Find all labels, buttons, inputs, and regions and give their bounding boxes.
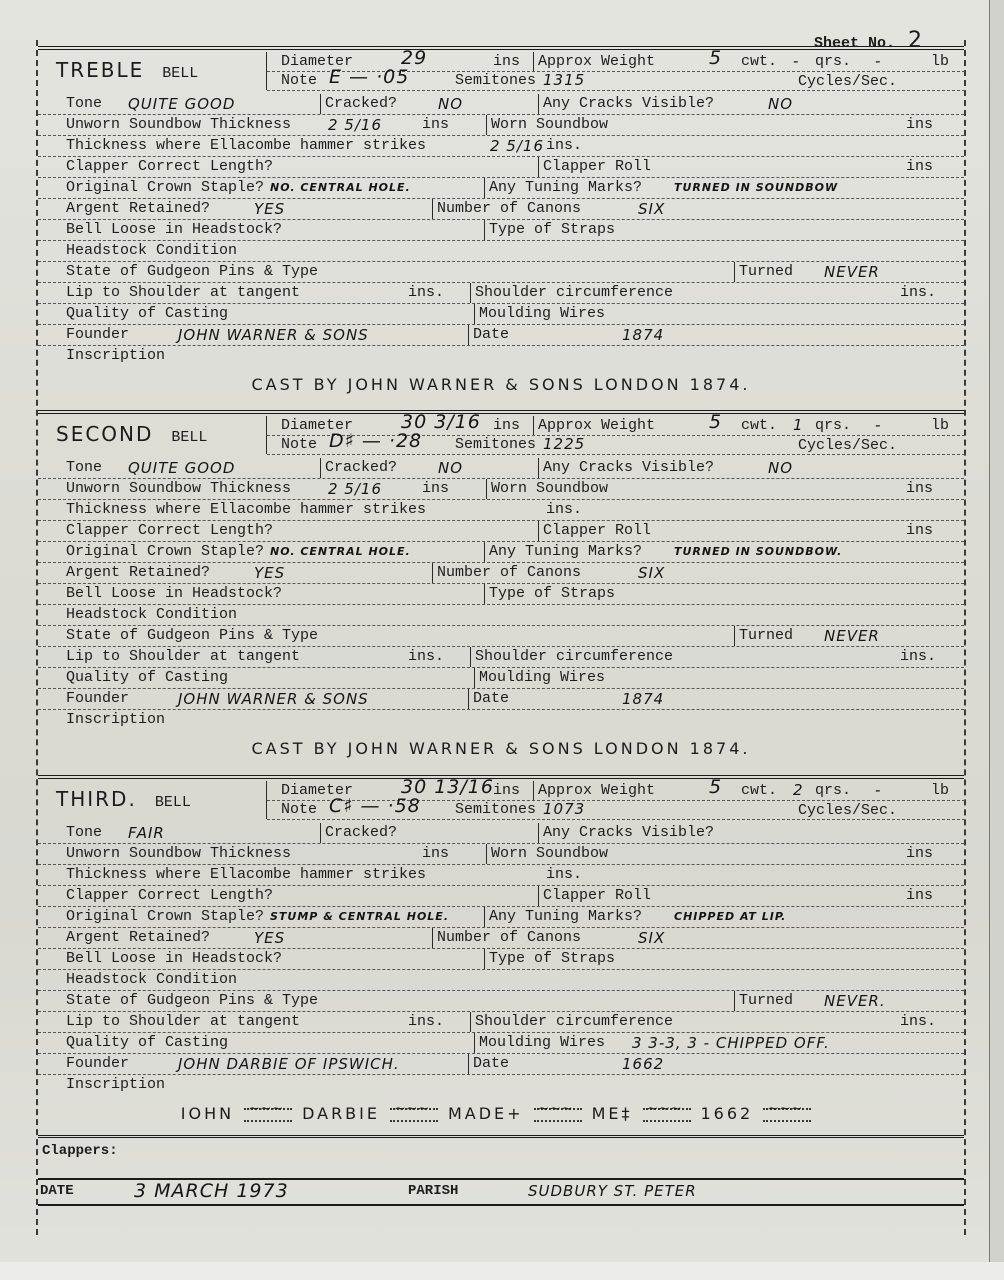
tone-label: Tone <box>66 458 102 478</box>
unworn-soundbow-thickness-field: 2 5/16 <box>328 479 382 499</box>
quality-of-casting-label: Quality of Casting <box>66 304 228 324</box>
tone-field: QUITE GOOD <box>128 458 235 478</box>
any-tuning-marks-label: Any Tuning Marks? <box>484 178 642 198</box>
moulding-wires-label: Moulding Wires <box>474 668 605 688</box>
ins-dot-label: ins. <box>408 1012 444 1032</box>
weight-qrs-value: - <box>793 52 799 71</box>
argent-retained-field: YES <box>254 563 285 583</box>
ins-dot-label: ins. <box>900 283 936 303</box>
any-tuning-marks-field: TURNED IN SOUNDBOW. <box>674 542 842 562</box>
any-tuning-marks-field: CHIPPED AT LIP. <box>674 907 786 927</box>
weight-cwt-value: 5 <box>709 49 722 68</box>
bell-name: THIRD. <box>56 787 137 811</box>
field-row-founder: FounderJOHN DARBIE OF IPSWICH.Date1662 <box>38 1054 964 1075</box>
ins-label: ins <box>906 157 933 177</box>
diameter-unit: ins <box>493 781 520 800</box>
field-row-argent: Argent Retained?YESNumber of CanonsSIX <box>38 563 964 584</box>
headstock-condition-label: Headstock Condition <box>66 970 237 990</box>
field-row-tone: ToneQUITE GOODCracked?NOAny Cracks Visib… <box>38 94 964 115</box>
weight-cwt-value: 5 <box>709 413 722 432</box>
cracked-label: Cracked? <box>320 823 397 843</box>
type-of-straps-label: Type of Straps <box>484 220 615 240</box>
field-row-unworn: Unworn Soundbow ThicknessinsWorn Soundbo… <box>38 844 964 865</box>
any-cracks-visible-label: Any Cracks Visible? <box>538 94 714 114</box>
type-of-straps-label: Type of Straps <box>484 584 615 604</box>
original-crown-staple-label: Original Crown Staple? <box>66 907 264 927</box>
founder-label: Founder <box>66 325 129 345</box>
bell-section-second: SECONDBELLDiameter30 3/16insApprox Weigh… <box>38 410 964 774</box>
weight-lb-value: - <box>875 416 881 435</box>
moulding-wires-label: Moulding Wires <box>474 304 605 324</box>
shoulder-circumference-label: Shoulder circumference <box>470 647 673 667</box>
qrs-label: qrs. <box>815 52 851 71</box>
ornament-frieze-icon <box>244 1108 292 1122</box>
weight-cwt-value: 5 <box>709 778 722 797</box>
original-crown-staple-field: STUMP & CENTRAL HOLE. <box>270 907 449 927</box>
ins-label: ins <box>906 844 933 864</box>
argent-retained-field: YES <box>254 928 285 948</box>
field-row-headstock: Headstock Condition <box>38 241 964 262</box>
inscription-word: IOHN <box>181 1104 234 1123</box>
worn-soundbow-label: Worn Soundbow <box>486 479 608 499</box>
tone-label: Tone <box>66 823 102 843</box>
diameter-unit: ins <box>493 416 520 435</box>
ins-dot-label: ins. <box>408 647 444 667</box>
cycles-sec-label: Cycles/Sec. <box>798 436 897 456</box>
cracked-field: NO <box>438 94 463 114</box>
date-parish-row: DATE 3 MARCH 1973 PARISH SUDBURY ST. PET… <box>38 1180 964 1202</box>
turned-label: Turned <box>734 626 793 646</box>
original-crown-staple-label: Original Crown Staple? <box>66 542 264 562</box>
field-row-gudgeon: State of Gudgeon Pins & TypeTurnedNEVER <box>38 262 964 283</box>
ins-label: ins <box>906 115 933 135</box>
field-row-argent: Argent Retained?YESNumber of CanonsSIX <box>38 928 964 949</box>
ins-label: ins <box>422 479 449 499</box>
ins-label: ins <box>422 115 449 135</box>
field-row-founder: FounderJOHN WARNER & SONSDate1874 <box>38 689 964 710</box>
date-field: 1874 <box>622 689 664 709</box>
original-crown-staple-field: NO. CENTRAL HOLE. <box>270 542 411 562</box>
weight-qrs-value: 2 <box>793 781 804 800</box>
field-row-gudgeon: State of Gudgeon Pins & TypeTurnedNEVER <box>38 626 964 647</box>
founder-label: Founder <box>66 1054 129 1074</box>
unworn-soundbow-thickness-label: Unworn Soundbow Thickness <box>66 479 291 499</box>
any-tuning-marks-label: Any Tuning Marks? <box>484 542 642 562</box>
field-row-gudgeon: State of Gudgeon Pins & TypeTurnedNEVER. <box>38 991 964 1012</box>
bell-survey-form: Sheet No. 2 TREBLEBELLDiameter29insAppro… <box>36 40 966 1235</box>
lb-label: lb <box>931 416 949 435</box>
footer-divider-3 <box>38 1204 964 1206</box>
any-cracks-visible-field: NO <box>768 458 793 478</box>
field-row-lip: Lip to Shoulder at tangentins.Shoulder c… <box>38 1012 964 1033</box>
inscription-text: CAST BY JOHN WARNER & SONS LONDON 1874. <box>38 375 964 394</box>
gudgeon-label: State of Gudgeon Pins & Type <box>66 262 318 282</box>
ins-dot-label: ins. <box>546 136 582 156</box>
cwt-label: cwt. <box>741 52 777 71</box>
bell-title: SECONDBELL <box>56 422 207 462</box>
headstock-condition-label: Headstock Condition <box>66 241 237 261</box>
survey-date: 3 MARCH 1973 <box>134 1180 289 1202</box>
inscription-label: Inscription <box>66 346 165 366</box>
date-label: Date <box>468 1054 509 1074</box>
inscription-label: Inscription <box>66 710 165 730</box>
bell-loose-label: Bell Loose in Headstock? <box>66 584 282 604</box>
number-of-canons-label: Number of Canons <box>432 563 581 583</box>
lip-to-shoulder-label: Lip to Shoulder at tangent <box>66 647 300 667</box>
weight-label: Approx Weight <box>533 416 655 435</box>
bell-title: TREBLEBELL <box>56 58 198 98</box>
ins-dot-label: ins. <box>408 283 444 303</box>
tone-field: QUITE GOOD <box>128 94 235 114</box>
ins-label: ins <box>906 521 933 541</box>
ins-dot-label: ins. <box>546 500 582 520</box>
field-row-clapper: Clapper Correct Length?Clapper Rollins <box>38 886 964 907</box>
field-row-crown: Original Crown Staple?STUMP & CENTRAL HO… <box>38 907 964 928</box>
turned-label: Turned <box>734 262 793 282</box>
lip-to-shoulder-label: Lip to Shoulder at tangent <box>66 1012 300 1032</box>
ornament-frieze-icon <box>643 1108 691 1122</box>
ins-dot-label: ins. <box>546 865 582 885</box>
lip-to-shoulder-label: Lip to Shoulder at tangent <box>66 283 300 303</box>
headstock-condition-label: Headstock Condition <box>66 605 237 625</box>
number-of-canons-field: SIX <box>638 928 665 948</box>
ornament-frieze-icon <box>390 1108 438 1122</box>
founder-field: JOHN WARNER & SONS <box>178 325 369 345</box>
ellacombe-label: Thickness where Ellacombe hammer strikes <box>66 500 426 520</box>
semitones-value: 1315 <box>543 71 585 90</box>
bell-loose-label: Bell Loose in Headstock? <box>66 220 282 240</box>
unworn-soundbow-thickness-label: Unworn Soundbow Thickness <box>66 844 291 864</box>
field-row-headstock: Headstock Condition <box>38 970 964 991</box>
field-row-ellacombe: Thickness where Ellacombe hammer strikes… <box>38 136 964 157</box>
weight-lb-value: - <box>875 52 881 71</box>
qrs-label: qrs. <box>815 416 851 435</box>
founder-field: JOHN WARNER & SONS <box>178 689 369 709</box>
shoulder-circumference-label: Shoulder circumference <box>470 1012 673 1032</box>
cycles-sec-label: Cycles/Sec. <box>798 801 897 821</box>
inscription-word: CAST BY JOHN WARNER & SONS LONDON 1874. <box>252 375 751 394</box>
cwt-label: cwt. <box>741 416 777 435</box>
turned-label: Turned <box>734 991 793 1011</box>
moulding-wires-field: 3 3-3, 3 - CHIPPED OFF. <box>632 1033 830 1053</box>
paper-edge-right <box>989 0 1004 1262</box>
turned-field: NEVER <box>824 626 880 646</box>
cracked-label: Cracked? <box>320 94 397 114</box>
number-of-canons-label: Number of Canons <box>432 199 581 219</box>
bell-word: BELL <box>155 794 191 811</box>
argent-retained-label: Argent Retained? <box>66 928 210 948</box>
unworn-soundbow-thickness-label: Unworn Soundbow Thickness <box>66 115 291 135</box>
inscription-word: ME‡ <box>592 1104 633 1123</box>
date-label: Date <box>468 689 509 709</box>
ornament-frieze-icon <box>763 1108 811 1122</box>
note-label: Note <box>281 435 317 454</box>
original-crown-staple-field: NO. CENTRAL HOLE. <box>270 178 411 198</box>
clapper-roll-label: Clapper Roll <box>538 521 651 541</box>
number-of-canons-field: SIX <box>638 563 665 583</box>
argent-retained-field: YES <box>254 199 285 219</box>
moulding-wires-label: Moulding Wires <box>474 1033 605 1053</box>
ins-label: ins <box>906 479 933 499</box>
field-row-lip: Lip to Shoulder at tangentins.Shoulder c… <box>38 647 964 668</box>
quality-of-casting-label: Quality of Casting <box>66 1033 228 1053</box>
worn-soundbow-label: Worn Soundbow <box>486 844 608 864</box>
ins-dot-label: ins. <box>900 647 936 667</box>
field-row-ellacombe: Thickness where Ellacombe hammer strikes… <box>38 865 964 886</box>
clapper-correct-length-label: Clapper Correct Length? <box>66 521 273 541</box>
field-row-tone: ToneQUITE GOODCracked?NOAny Cracks Visib… <box>38 458 964 479</box>
argent-retained-label: Argent Retained? <box>66 199 210 219</box>
semitones-label: Semitones <box>455 800 536 819</box>
ellacombe-label: Thickness where Ellacombe hammer strikes <box>66 136 426 156</box>
inscription-text: IOHNDARBIEMADE+ME‡1662 <box>38 1104 964 1123</box>
field-row-clapper: Clapper Correct Length?Clapper Rollins <box>38 521 964 542</box>
field-row-quality: Quality of CastingMoulding Wires <box>38 668 964 689</box>
tone-label: Tone <box>66 94 102 114</box>
argent-retained-label: Argent Retained? <box>66 563 210 583</box>
note-value: E — ·05 <box>329 68 409 87</box>
clappers-label: Clappers: <box>42 1140 118 1162</box>
gudgeon-label: State of Gudgeon Pins & Type <box>66 626 318 646</box>
bell-name: TREBLE <box>56 58 144 82</box>
clapper-roll-label: Clapper Roll <box>538 157 651 177</box>
any-cracks-visible-label: Any Cracks Visible? <box>538 823 714 843</box>
bell-word: BELL <box>171 429 207 446</box>
clapper-correct-length-label: Clapper Correct Length? <box>66 157 273 177</box>
ins-label: ins <box>422 844 449 864</box>
bell-name: SECOND <box>56 422 153 446</box>
field-row-ellacombe: Thickness where Ellacombe hammer strikes… <box>38 500 964 521</box>
field-row-crown: Original Crown Staple?NO. CENTRAL HOLE.A… <box>38 542 964 563</box>
field-row-founder: FounderJOHN WARNER & SONSDate1874 <box>38 325 964 346</box>
gudgeon-label: State of Gudgeon Pins & Type <box>66 991 318 1011</box>
inscription-text: CAST BY JOHN WARNER & SONS LONDON 1874. <box>38 739 964 758</box>
footer-divider <box>38 1135 964 1138</box>
ornament-frieze-icon <box>534 1108 582 1122</box>
field-row-argent: Argent Retained?YESNumber of CanonsSIX <box>38 199 964 220</box>
field-row-lip: Lip to Shoulder at tangentins.Shoulder c… <box>38 283 964 304</box>
field-row-loose: Bell Loose in Headstock?Type of Straps <box>38 220 964 241</box>
field-row-inscription: Inscription <box>38 710 964 730</box>
turned-field: NEVER <box>824 262 880 282</box>
semitones-value: 1073 <box>543 800 585 819</box>
ellacombe-label: Thickness where Ellacombe hammer strikes <box>66 865 426 885</box>
type-of-straps-label: Type of Straps <box>484 949 615 969</box>
original-crown-staple-label: Original Crown Staple? <box>66 178 264 198</box>
field-row-headstock: Headstock Condition <box>38 605 964 626</box>
bell-section-treble: TREBLEBELLDiameter29insApprox Weight5cwt… <box>38 46 964 410</box>
any-cracks-visible-field: NO <box>768 94 793 114</box>
field-row-tone: ToneFAIRCracked?Any Cracks Visible?Cycle… <box>38 823 964 844</box>
bell-section-third: THIRD.BELLDiameter30 13/16insApprox Weig… <box>38 775 964 1139</box>
ins-dot-label: ins. <box>900 1012 936 1032</box>
ellacombe-field: 2 5/16 <box>490 136 544 156</box>
any-cracks-visible-label: Any Cracks Visible? <box>538 458 714 478</box>
cwt-label: cwt. <box>741 781 777 800</box>
field-row-loose: Bell Loose in Headstock?Type of Straps <box>38 949 964 970</box>
field-row-crown: Original Crown Staple?NO. CENTRAL HOLE.A… <box>38 178 964 199</box>
weight-label: Approx Weight <box>533 781 655 800</box>
lb-label: lb <box>931 52 949 71</box>
number-of-canons-label: Number of Canons <box>432 928 581 948</box>
field-row-inscription: Inscription <box>38 1075 964 1095</box>
inscription-word: 1662 <box>701 1104 754 1123</box>
inscription-label: Inscription <box>66 1075 165 1095</box>
date-field: 1662 <box>622 1054 664 1074</box>
worn-soundbow-label: Worn Soundbow <box>486 115 608 135</box>
inscription-word: MADE+ <box>448 1104 524 1123</box>
shoulder-circumference-label: Shoulder circumference <box>470 283 673 303</box>
semitones-label: Semitones <box>455 435 536 454</box>
cycles-sec-label: Cycles/Sec. <box>798 72 897 92</box>
parish-label: PARISH <box>408 1180 458 1202</box>
bell-title: THIRD.BELL <box>56 787 191 827</box>
field-row-quality: Quality of CastingMoulding Wires3 3-3, 3… <box>38 1033 964 1054</box>
note-label: Note <box>281 71 317 90</box>
number-of-canons-field: SIX <box>638 199 665 219</box>
date-label: DATE <box>40 1180 74 1202</box>
parish-value: SUDBURY ST. PETER <box>528 1180 697 1202</box>
field-row-unworn: Unworn Soundbow Thickness2 5/16insWorn S… <box>38 115 964 136</box>
bell-word: BELL <box>162 65 198 82</box>
semitones-value: 1225 <box>543 435 585 454</box>
weight-qrs-value: 1 <box>793 416 804 435</box>
clapper-correct-length-label: Clapper Correct Length? <box>66 886 273 906</box>
field-row-quality: Quality of CastingMoulding Wires <box>38 304 964 325</box>
inscription-word: CAST BY JOHN WARNER & SONS LONDON 1874. <box>252 739 751 758</box>
diameter-unit: ins <box>493 52 520 71</box>
field-row-inscription: Inscription <box>38 346 964 366</box>
note-value: D♯ — ·28 <box>329 432 422 451</box>
weight-label: Approx Weight <box>533 52 655 71</box>
tone-field: FAIR <box>128 823 165 843</box>
field-row-unworn: Unworn Soundbow Thickness2 5/16insWorn S… <box>38 479 964 500</box>
cracked-field: NO <box>438 458 463 478</box>
date-label: Date <box>468 325 509 345</box>
qrs-label: qrs. <box>815 781 851 800</box>
note-label: Note <box>281 800 317 819</box>
any-tuning-marks-field: TURNED IN SOUNDBOW <box>674 178 838 198</box>
inscription-word: DARBIE <box>302 1104 380 1123</box>
quality-of-casting-label: Quality of Casting <box>66 668 228 688</box>
date-field: 1874 <box>622 325 664 345</box>
clappers-row: Clappers: <box>38 1140 964 1162</box>
lb-label: lb <box>931 781 949 800</box>
ins-label: ins <box>906 886 933 906</box>
semitones-label: Semitones <box>455 71 536 90</box>
bell-loose-label: Bell Loose in Headstock? <box>66 949 282 969</box>
turned-field: NEVER. <box>824 991 886 1011</box>
founder-field: JOHN DARBIE OF IPSWICH. <box>178 1054 400 1074</box>
clapper-roll-label: Clapper Roll <box>538 886 651 906</box>
founder-label: Founder <box>66 689 129 709</box>
any-tuning-marks-label: Any Tuning Marks? <box>484 907 642 927</box>
paper-edge-bottom <box>0 1262 1004 1280</box>
unworn-soundbow-thickness-field: 2 5/16 <box>328 115 382 135</box>
cracked-label: Cracked? <box>320 458 397 478</box>
note-value: C♯ — ·58 <box>329 797 421 816</box>
field-row-clapper: Clapper Correct Length?Clapper Rollins <box>38 157 964 178</box>
weight-lb-value: - <box>875 781 881 800</box>
field-row-loose: Bell Loose in Headstock?Type of Straps <box>38 584 964 605</box>
